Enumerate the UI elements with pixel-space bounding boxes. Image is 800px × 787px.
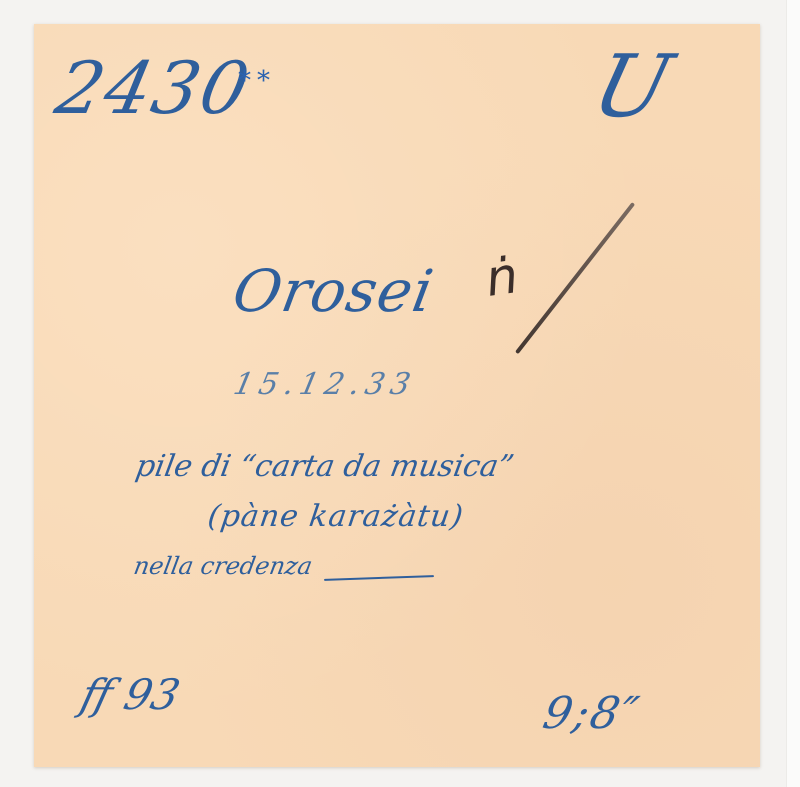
reference-code: ff 93 <box>77 674 184 716</box>
note-line: (pàne karażàtu) <box>206 502 466 532</box>
catalog-stars: ** <box>238 68 276 94</box>
pencil-mark: ṅ <box>483 250 521 304</box>
background-strip <box>786 0 800 787</box>
corner-letter: U <box>585 44 679 130</box>
index-card: 2430 ** U Orosei ṅ 15.12.33 pile di “car… <box>34 24 760 767</box>
note-line: nella credenza <box>132 554 314 578</box>
underline-stroke <box>324 575 434 581</box>
catalog-number: 2430 <box>50 52 257 124</box>
measurement: 9;8″ <box>539 692 644 736</box>
date: 15.12.33 <box>231 370 419 400</box>
place-name: Orosei <box>229 262 438 320</box>
note-line: pile di “carta da musica” <box>133 452 516 482</box>
pencil-check-stroke <box>515 202 635 354</box>
